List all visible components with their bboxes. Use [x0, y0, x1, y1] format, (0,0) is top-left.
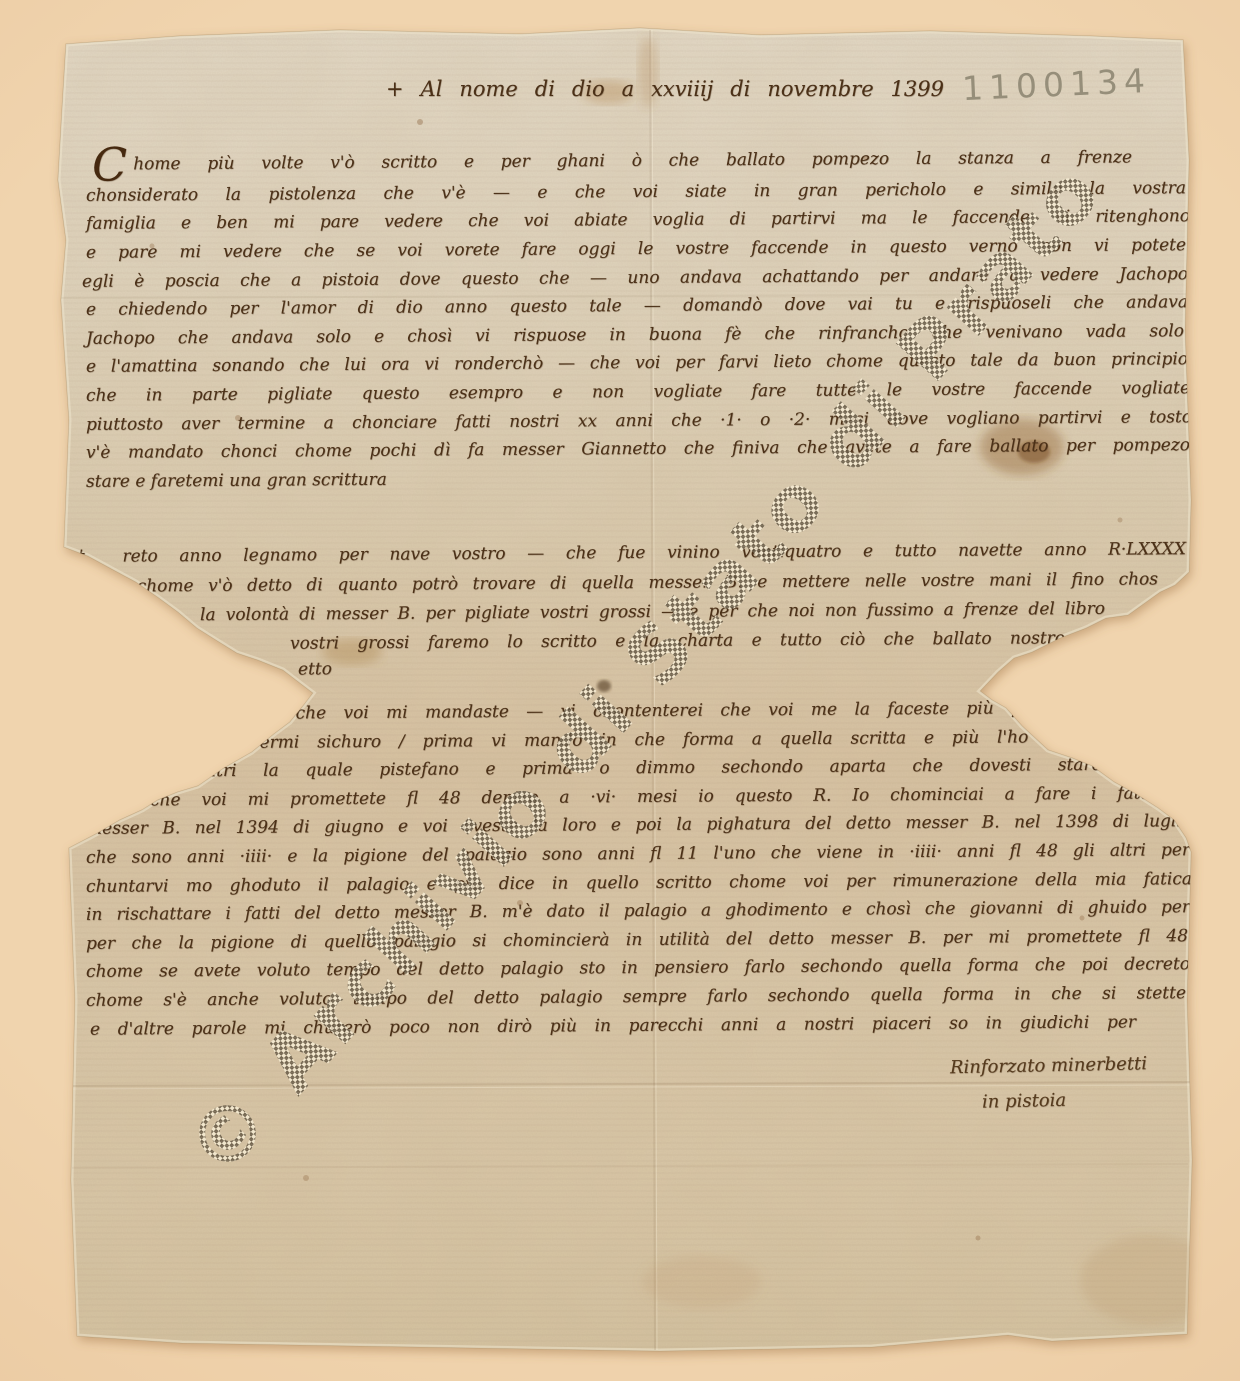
manuscript-line: e l'amattina sonando che lui ora vi rond… [86, 346, 1188, 380]
manuscript-line: famiglia e ben mi pare vedere che voi ab… [86, 203, 1190, 237]
manuscript-line: vostri grossi faremo lo scritto e la cha… [290, 625, 1065, 656]
manuscript-line: che in parte pigliate questo esempro e n… [86, 375, 1190, 409]
manuscript-scan: 1100134 + Al nome di dio a xxviiij di no… [0, 0, 1240, 1381]
manuscript-line: in rischattare i fatti del detto messer … [86, 894, 1190, 928]
manuscript-line: v'è mandato chonci chome pochi dì fa mes… [86, 432, 1190, 466]
manuscript-line: a chome v'ò detto di quanto potrò trovar… [112, 566, 1158, 599]
manuscript-line: prete dovermi sichuro / prima vi mando i… [165, 724, 1145, 757]
manuscript-line: che sono anni ·iiii· e la pigione del pa… [86, 837, 1190, 871]
manuscript-line: chome se avete voluto tempo del detto pa… [86, 951, 1190, 985]
manuscript-line: chome s'è anche voluto tempo del detto p… [86, 980, 1186, 1014]
manuscript-line: e pare mi vedere che se voi vorete fare … [86, 232, 1186, 266]
archival-number: 1100134 [961, 62, 1151, 108]
manuscript-line: etto [298, 656, 428, 683]
manuscript-line: † reto anno legnamo per nave vostro — ch… [76, 536, 1186, 570]
manuscript-line: stare e faretemi una gran scrittura [86, 461, 1192, 495]
signature-name: Rinforzato minerbetti [950, 1051, 1170, 1082]
signature-place: in pistoia [982, 1086, 1133, 1115]
manuscript-line: messer B. nel 1394 di giugno e voi avest… [86, 808, 1192, 842]
heading-dateline: + Al nome di dio a xxviiij di novembre 1… [386, 74, 944, 104]
manuscript-line: e chiedendo per l'amor di dio anno quest… [86, 289, 1188, 323]
manuscript-line: o che voi mi mandaste — vi chontenterei … [268, 695, 1030, 726]
manuscript-line: la volontà di messer B. per pigliate vos… [200, 596, 1105, 628]
manuscript-line: e d'altre parole mi churerò poco non dir… [90, 1009, 1136, 1042]
manuscript-line: dei vealtri la quale pistefano e prima o… [128, 751, 1186, 784]
